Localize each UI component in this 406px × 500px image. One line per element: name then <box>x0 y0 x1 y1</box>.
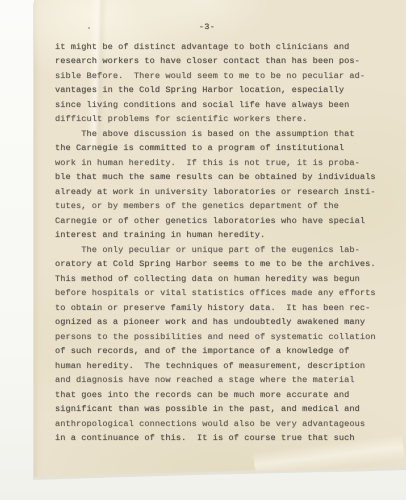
text-line: vantages in the Cold Spring Harbor locat… <box>55 83 387 98</box>
text-line: interest and training in human heredity. <box>55 228 387 243</box>
text-body: it might be of distinct advantage to bot… <box>55 40 387 446</box>
text-line: The only peculiar or unique part of the … <box>55 243 387 258</box>
text-line: ble that much the same results can be ob… <box>55 170 387 185</box>
text-line: sible Before. There would seem to me to … <box>55 69 387 84</box>
text-line: tutes, or by members of the genetics dep… <box>55 199 387 214</box>
text-line: since living conditions and social life … <box>55 98 387 113</box>
text-line: of such records, and of the importance o… <box>55 344 387 359</box>
text-line: research workers to have closer contact … <box>55 54 387 69</box>
text-line: The above discussion is based on the ass… <box>55 127 387 142</box>
text-line: ognized as a pioneer work and has undoub… <box>55 315 387 330</box>
text-line: difficult problems for scientific worker… <box>55 112 387 127</box>
text-line: human heredity. The techniques of measur… <box>55 359 387 374</box>
text-line: the Carnegie is committed to a program o… <box>55 141 387 156</box>
text-line: and diagnosis have now reached a stage w… <box>55 373 387 388</box>
text-line: that goes into the records can be much m… <box>55 388 387 403</box>
text-line: Carnegie or of other genetics laboratori… <box>55 214 387 229</box>
scan-background: -3- it might be of distinct advantage to… <box>0 0 406 500</box>
typewritten-text-column: -3- it might be of distinct advantage to… <box>55 20 387 446</box>
text-line: oratory at Cold Spring Harbor seems to m… <box>55 257 387 272</box>
text-line: it might be of distinct advantage to bot… <box>55 40 387 55</box>
text-line: before hospitals or vital statistics off… <box>55 286 387 301</box>
text-line: to obtain or preserve family history dat… <box>55 301 387 316</box>
text-line: significant than was possible in the pas… <box>55 402 387 417</box>
page-number: -3- <box>55 20 359 35</box>
text-line: This method of collecting data on human … <box>55 272 387 287</box>
text-line: already at work in university laboratori… <box>55 185 387 200</box>
text-line: anthropological connections would also b… <box>55 417 387 432</box>
text-line: in a continuance of this. It is of cours… <box>55 431 387 446</box>
text-line: work in human heredity. If this is not t… <box>55 156 387 171</box>
document-page: -3- it might be of distinct advantage to… <box>34 0 406 477</box>
text-line: persons to the possibilities and need of… <box>55 330 387 345</box>
